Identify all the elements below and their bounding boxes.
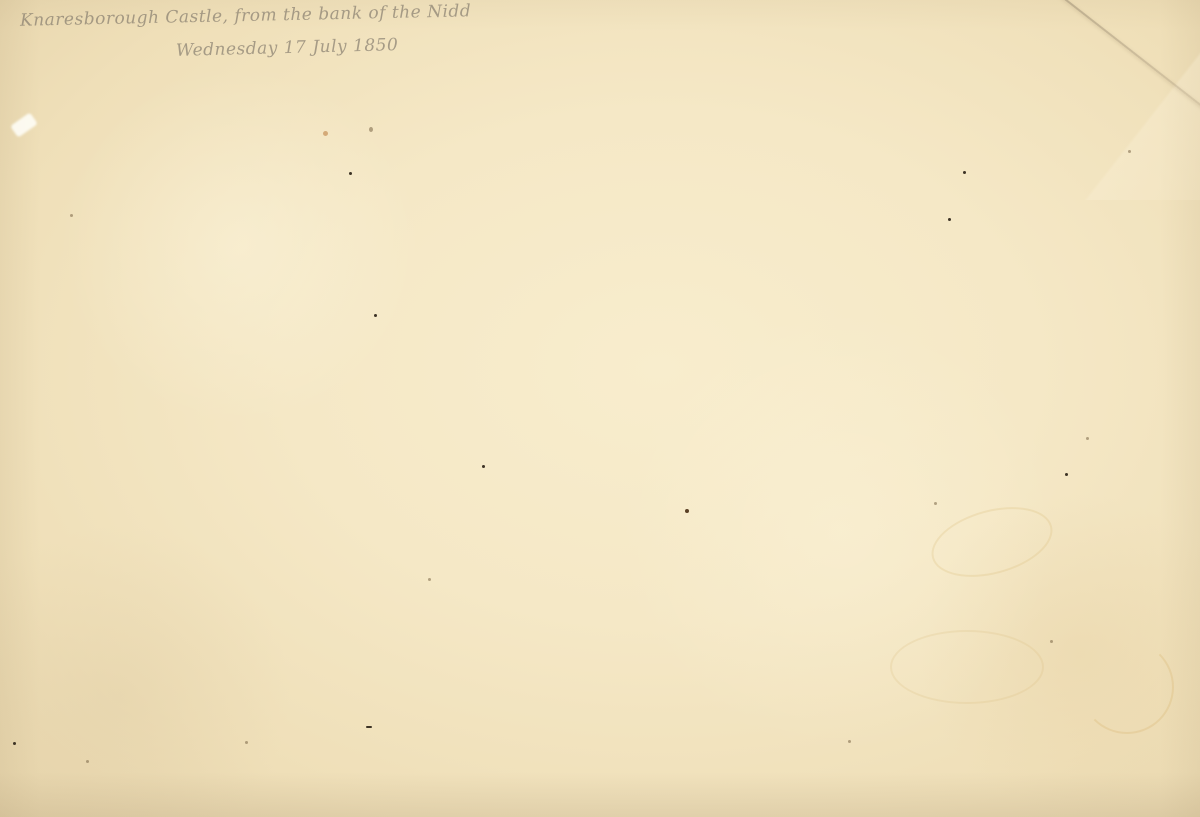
paper-speck (934, 502, 937, 505)
paper-speck (70, 214, 73, 217)
paper-speck (1065, 473, 1068, 476)
paper-speck (1086, 437, 1089, 440)
paper-speck (366, 726, 372, 728)
water-stain (924, 495, 1060, 589)
paper-speck (428, 578, 431, 581)
paper-sheet: Knaresborough Castle, from the bank of t… (0, 0, 1200, 817)
paper-speck (848, 740, 851, 743)
paper-speck (349, 172, 352, 175)
paper-speck (482, 465, 485, 468)
paper-speck (245, 741, 248, 744)
fold-crease (1059, 0, 1200, 137)
inscription-date: Wednesday 17 July 1850 (176, 35, 399, 61)
paper-speck (369, 127, 373, 132)
paper-speck (374, 314, 377, 317)
paper-speck (1050, 640, 1053, 643)
paper-speck (1128, 150, 1131, 153)
water-stain (890, 630, 1044, 704)
folded-corner (1062, 0, 1200, 200)
inscription-title: Knaresborough Castle, from the bank of t… (20, 1, 472, 30)
paper-edge-shading (0, 0, 1200, 817)
foxing-spot (323, 131, 328, 136)
paper-mottling (0, 0, 1200, 817)
paper-speck (685, 509, 689, 513)
paper-speck (948, 218, 951, 221)
paper-speck (86, 760, 89, 763)
paper-speck (963, 171, 966, 174)
paper-scuff (10, 112, 38, 137)
paper-speck (13, 742, 16, 745)
water-stain (1080, 640, 1174, 734)
